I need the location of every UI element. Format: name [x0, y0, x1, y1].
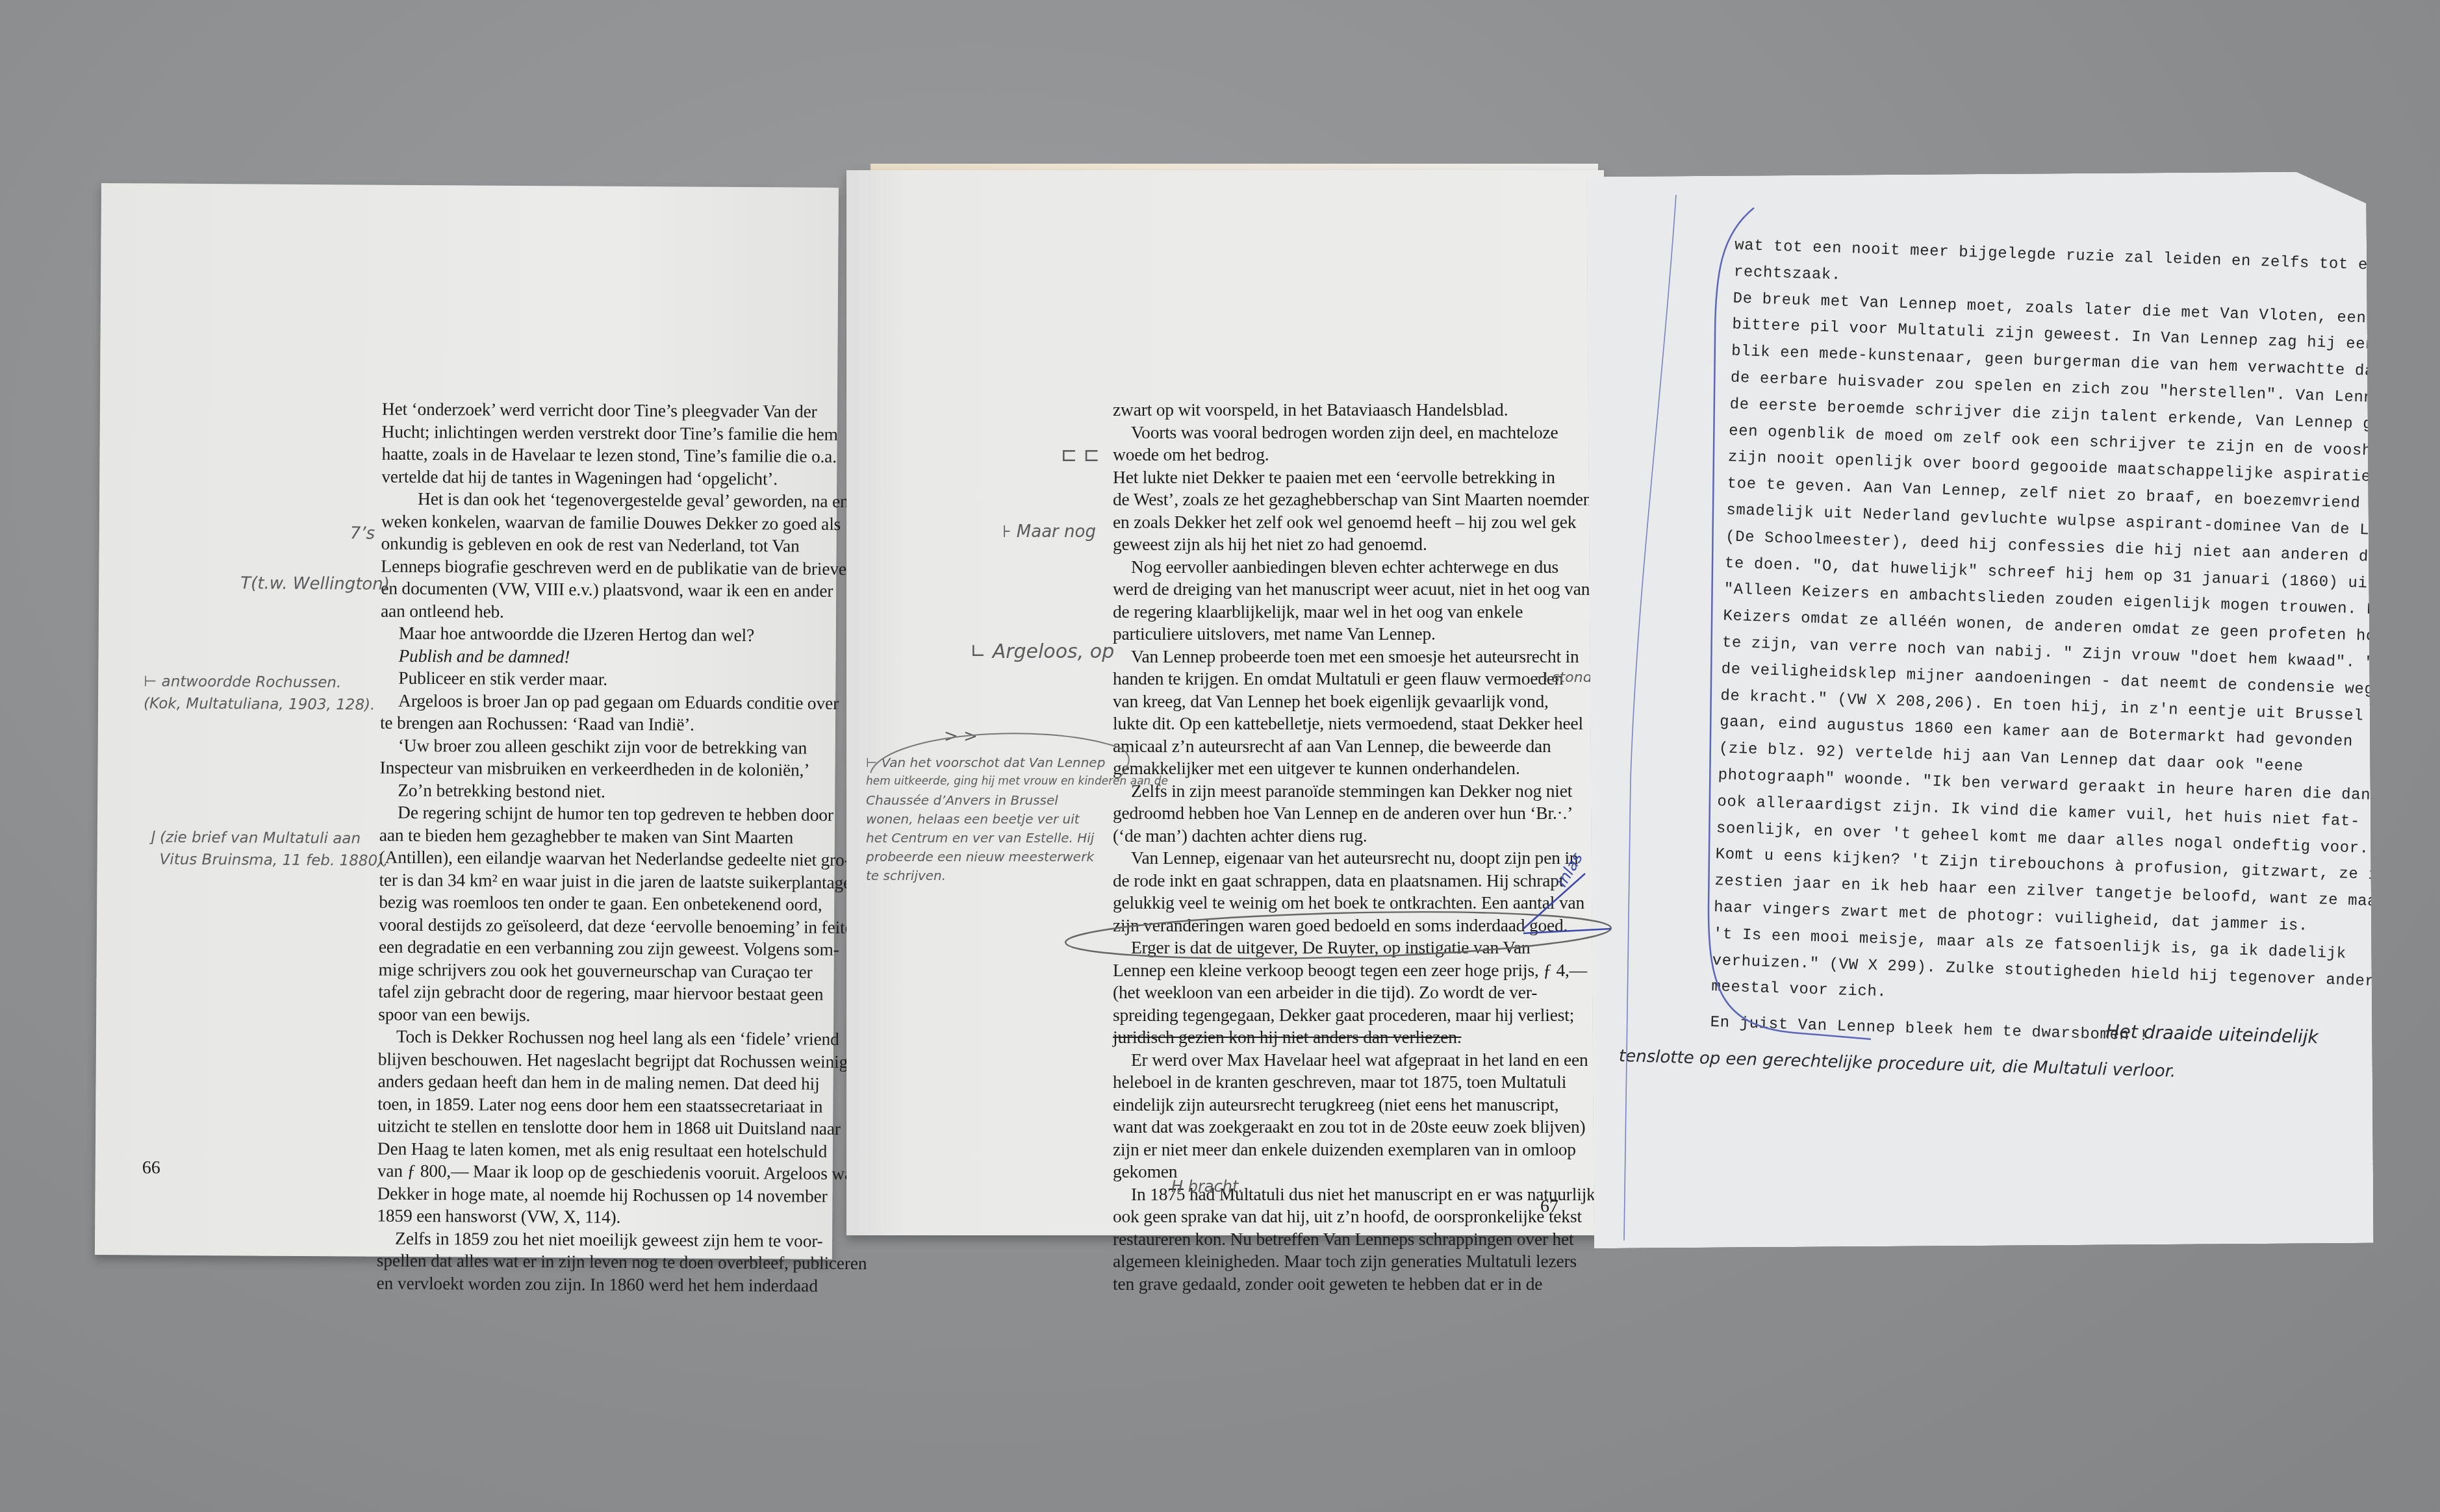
page-number-67: 67: [1540, 1196, 1558, 1217]
text-line: mige schrijvers zou ook het gouverneursc…: [379, 958, 820, 983]
text-line: en documenten (VW, VIII e.v.) plaatsvond…: [381, 577, 822, 603]
text-line: spoor van een bewijs.: [378, 1003, 820, 1028]
text-line: toen, in 1859. Later nog eens door hem e…: [377, 1092, 819, 1118]
text-line: ook geen sprake van dat hij, uit z’n hoo…: [1113, 1205, 1568, 1228]
pencil-note-wellington: T(t.w. Wellington): [240, 572, 390, 595]
page-number-66: 66: [142, 1157, 160, 1178]
text-line: werd de dreiging van het manuscript weer…: [1113, 578, 1568, 601]
text-line: Toch is Dekker Rochussen nog heel lang a…: [378, 1026, 820, 1051]
pencil-note-bracht: H bracht.: [1171, 1176, 1243, 1198]
text-line: lukte dit. Op een kattebelletje, niets v…: [1113, 712, 1568, 735]
text-line: eindelijk zijn auteursrecht terugkreeg (…: [1113, 1094, 1568, 1116]
text-line: algemeen kleinigheden. Maar toch zijn ge…: [1113, 1250, 1568, 1273]
text-line-struck: spreiding tegengegaan, Dekker gaat proce…: [1113, 1004, 1568, 1027]
text-line: van ƒ 800,— Maar ik loop op de geschiede…: [377, 1160, 819, 1185]
text-line: Van Lennep probeerde toen met een smoesj…: [1113, 646, 1568, 668]
text-line: Zelfs in 1859 zou het niet moeilijk gewe…: [377, 1227, 819, 1252]
text-line: Nog eervoller aanbiedingen bleven echter…: [1113, 556, 1568, 579]
text-line: haatte, zoals in de Havelaar te lezen st…: [381, 443, 823, 468]
text-line: (het weekloon van een arbeider in die ti…: [1113, 981, 1568, 1004]
text-line: Er werd over Max Havelaar heel wat afgep…: [1113, 1049, 1568, 1072]
text-line: Publiceer en stik verder maar.: [380, 667, 822, 692]
text-line: geweest zijn als hij het niet zo had gen…: [1113, 533, 1568, 556]
text-line: weken konkelen, waarvan de familie Douwe…: [381, 510, 823, 535]
text-line: amicaal z’n auteursrecht af aan Van Lenn…: [1113, 735, 1568, 758]
text-line: Zelfs in zijn meest paranoïde stemmingen…: [1113, 780, 1568, 803]
text-line: en zoals Dekker het zelf ook wel genoemd…: [1113, 511, 1568, 534]
text-line: Het lukte niet Dekker te paaien met een …: [1113, 466, 1568, 489]
text-line: woede om het bedrog.: [1113, 444, 1568, 466]
text-line: Van Lennep, eigenaar van het auteursrech…: [1113, 847, 1568, 870]
text-line: (‘de man’) dachten achter diens rug.: [1113, 825, 1568, 848]
text-line: Maar hoe antwoordde die IJzeren Hertog d…: [381, 622, 822, 648]
text-line: uitzicht te stellen en tenslotte door he…: [377, 1115, 819, 1140]
text-line: De regering schijnt de humor ten top ged…: [379, 801, 821, 827]
text-line: gelukkig veel te weinig om het boek te o…: [1113, 892, 1568, 914]
text-line: van kreeg, dat Van Lennep het boek eigen…: [1113, 690, 1568, 713]
text-line: Het is dan ook het ‘tegenovergestelde ge…: [381, 488, 823, 513]
text-line: Den Haag te laten komen, met als enig re…: [377, 1137, 819, 1163]
text-line: Zo’n betrekking bestond niet.: [379, 779, 821, 804]
text-line: Voorts was vooral bedrogen worden zijn d…: [1113, 422, 1568, 444]
text-line: ten grave gedaald, zonder ooit geweten t…: [1113, 1273, 1568, 1296]
pencil-note-stond: ⊣ stond: [1535, 667, 1592, 689]
text-line-struck: juridisch gezien kon hij niet anders dan…: [1113, 1026, 1568, 1049]
text-line: gemakkelijker met een uitgever te kunnen…: [1113, 757, 1568, 780]
text-line: gedroomd hebben hoe Van Lennep en de and…: [1113, 802, 1568, 825]
text-line: aan te bieden hem gezaghebber te maken v…: [379, 824, 821, 849]
pencil-note-7s: 7’s: [350, 522, 375, 544]
page-66-body-text: Het ‘onderzoek’ werd verricht door Tine’…: [377, 398, 824, 1297]
book-page-67: zwart op wit voorspeld, in het Bataviaas…: [846, 170, 1604, 1235]
text-line: te brengen aan Rochussen: ‘Raad van Indi…: [380, 712, 822, 737]
text-line: blijven beschouwen. Het nageslacht begri…: [378, 1048, 820, 1073]
book-page-66: Het ‘onderzoek’ werd verricht door Tine’…: [95, 183, 839, 1259]
text-line: Dekker in hoge mate, al noemde hij Rochu…: [377, 1182, 819, 1207]
text-line: zijn veranderingen waren goed bedoeld en…: [1113, 914, 1568, 937]
text-line: zijn er niet meer dan enkele duizenden e…: [1113, 1139, 1568, 1161]
text-line: tafel zijn gebracht door de regering, ma…: [378, 981, 820, 1006]
text-line: de regering klaarblijkelijk, maar wel in…: [1113, 601, 1568, 624]
text-line: Hucht; inlichtingen werden verstrekt doo…: [382, 420, 824, 446]
text-line: heleboel in de kranten geschreven, maar …: [1113, 1071, 1568, 1094]
text-line: restaureren kon. Nu betreffen Van Lennep…: [1113, 1228, 1568, 1251]
text-line: en vervloekt worden zou zijn. In 1860 we…: [377, 1272, 819, 1297]
text-line: aan ontleend heb.: [381, 599, 822, 625]
text-line: Lennep een kleine verkoop beoogt tegen e…: [1113, 959, 1568, 982]
pencil-note-argeloos: ∟ Argeloos, op: [970, 641, 1114, 663]
text-line: bezig was roemloos ten onder te gaan. Ee…: [379, 891, 820, 916]
text-line: anders gedaan heeft dan hem in de maling…: [377, 1070, 819, 1096]
pencil-note-zie-brief: ⌋ (zie brief van Multatuli aan: [149, 826, 361, 850]
text-line: 1859 een hansworst (VW, X, 114).: [377, 1205, 819, 1230]
text-line: Lenneps biografie geschreven werd en de …: [381, 555, 822, 580]
text-line: onkundig is gebleven en ook de rest van …: [381, 533, 823, 558]
text-line: want dat was zoekgeraakt en zou tot in d…: [1113, 1116, 1568, 1139]
text-line: een degradatie en een verbanning zou zij…: [379, 936, 820, 961]
text-line: handen te krijgen. En omdat Multatuli er…: [1113, 668, 1568, 690]
text-line: de rode inkt en gaat schrappen, data en …: [1113, 870, 1568, 892]
text-line: spellen dat alles wat er in zijn leven n…: [377, 1250, 819, 1275]
pencil-note-rochussen: ⊢ antwoordde Rochussen.: [144, 670, 341, 694]
text-line: zwart op wit voorspeld, in het Bataviaas…: [1113, 399, 1568, 422]
text-line: vooral destijds zo geïsoleerd, dat deze …: [379, 913, 820, 939]
text-line: ‘Uw broer zou alleen geschikt zijn voor …: [380, 734, 822, 759]
text-line: (Antillen), een eilandje waarvan het Ned…: [379, 846, 821, 872]
text-line: particuliere uitslovers, met name Van Le…: [1113, 623, 1568, 646]
text-line: Het ‘onderzoek’ werd verricht door Tine’…: [382, 398, 824, 423]
typescript-body-text: wat tot een nooit meer bijgelegde ruzie …: [1710, 233, 2371, 1057]
pencil-note-kok-citation: (Kok, Multatuliana, 1903, 128).: [144, 692, 375, 716]
pencil-note-bruinsma: Vitus Bruinsma, 11 feb. 1880).: [160, 849, 388, 872]
ink-note-procedure: tenslotte op een gerechtelijke procedure…: [1618, 1045, 2176, 1083]
pencil-bracket-marks: ⊏ ⊏: [1061, 444, 1100, 466]
typescript-manuscript-page: wat tot een nooit meer bijgelegde ruzie …: [1586, 171, 2373, 1248]
text-line: vertelde dat hij de tantes in Wageningen…: [381, 465, 823, 490]
text-line: Inspecteur van misbruiken en verkeerdhed…: [379, 757, 821, 782]
pencil-arrow-marks: > >: [944, 725, 978, 748]
text-line: ter is dan 34 km² en waar juist in die j…: [379, 868, 820, 894]
text-line: de West’, zoals ze het gezaghebberschap …: [1113, 488, 1568, 511]
text-line: Erger is dat de uitgever, De Ruyter, op …: [1113, 937, 1568, 959]
text-line-italic: Publish and be damned!: [380, 644, 822, 670]
page-67-body-text: zwart op wit voorspeld, in het Bataviaas…: [1113, 399, 1568, 1295]
pencil-note-maar-nog: ⊦ Maar nog: [1002, 521, 1096, 543]
pencil-note-voorschot: te schrijven.: [866, 864, 946, 887]
text-line: Argeloos is broer Jan op pad gegaan om E…: [380, 689, 822, 714]
